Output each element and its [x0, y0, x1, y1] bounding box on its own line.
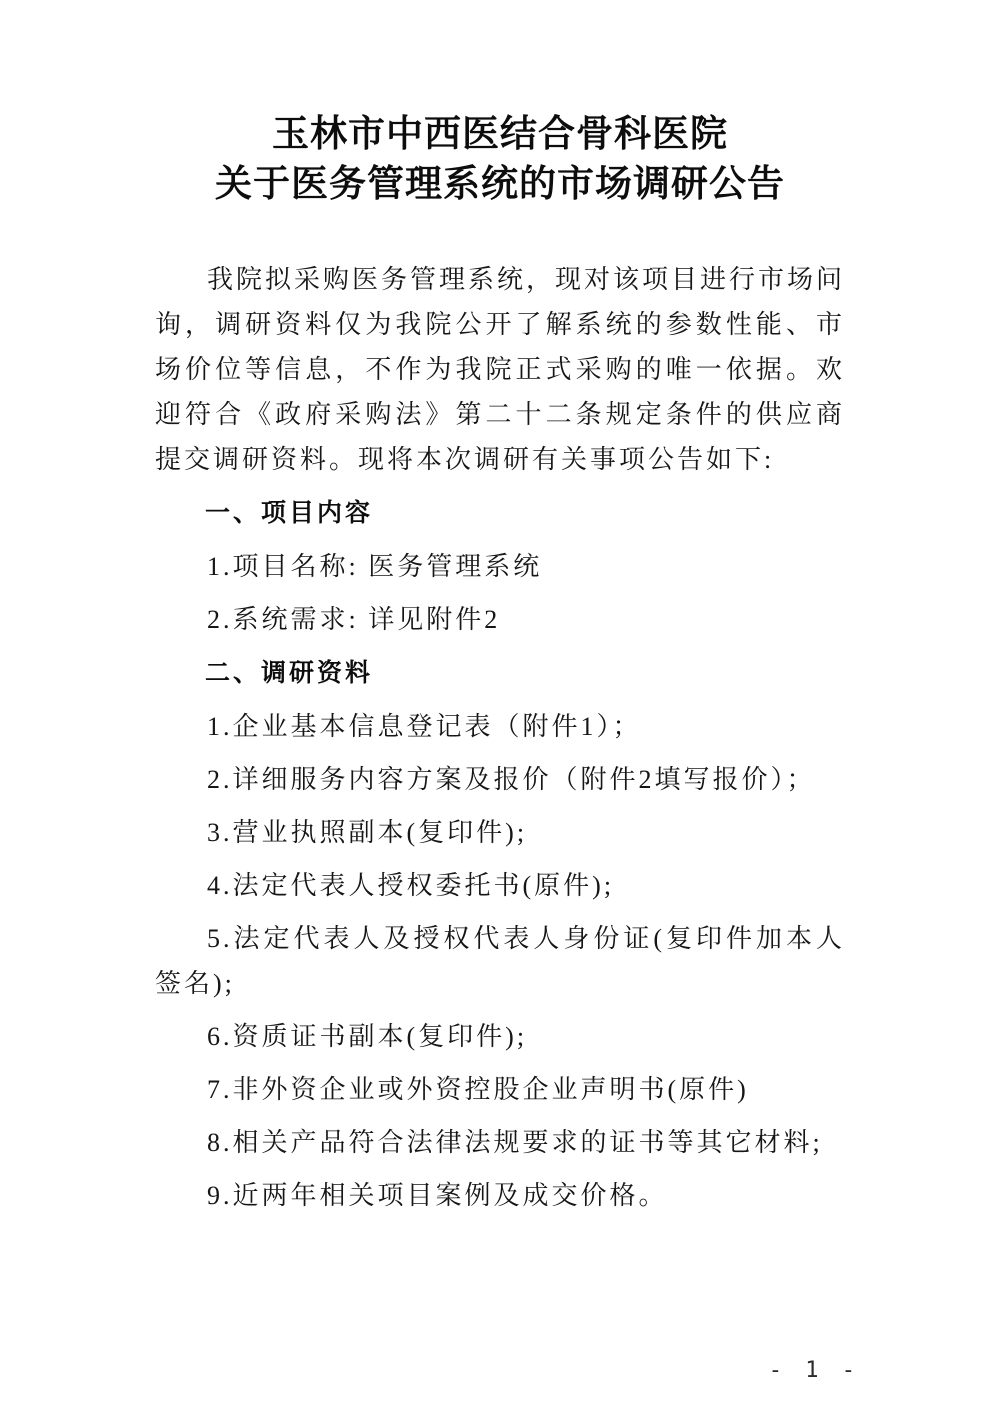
document-title-line-1: 玉林市中西医结合骨科医院 — [155, 110, 845, 160]
announcement-document: 玉林市中西医结合骨科医院 关于医务管理系统的市场调研公告 我院拟采购医务管理系统… — [155, 0, 845, 1218]
list-item-authorization-letter: 4.法定代表人授权委托书(原件); — [155, 863, 845, 908]
document-title-line-2: 关于医务管理系统的市场调研公告 — [155, 160, 845, 210]
list-item-compliance-certificates: 8.相关产品符合法律法规要求的证书等其它材料; — [155, 1120, 845, 1165]
list-item-system-requirements: 2.系统需求: 详见附件2 — [155, 597, 845, 642]
section-heading-research-materials: 二、调研资料 — [155, 651, 845, 696]
list-item-id-cards: 5.法定代表人及授权代表人身份证(复印件加本人签名); — [155, 916, 845, 1006]
list-item-non-foreign-declaration: 7.非外资企业或外资控股企业声明书(原件) — [155, 1067, 845, 1112]
document-title: 玉林市中西医结合骨科医院 关于医务管理系统的市场调研公告 — [155, 0, 845, 210]
section-heading-project-content: 一、项目内容 — [155, 491, 845, 536]
list-item-project-name: 1.项目名称: 医务管理系统 — [155, 544, 845, 589]
page-number: - 1 - — [769, 1358, 860, 1383]
intro-paragraph: 我院拟采购医务管理系统，现对该项目进行市场问询，调研资料仅为我院公开了解系统的参… — [155, 257, 845, 482]
list-item-company-info-form: 1.企业基本信息登记表（附件1）； — [155, 704, 845, 749]
list-item-business-license: 3.营业执照副本(复印件); — [155, 810, 845, 855]
list-item-past-project-cases: 9.近两年相关项目案例及成交价格。 — [155, 1173, 845, 1218]
list-item-qualification-certificate: 6.资质证书副本(复印件); — [155, 1014, 845, 1059]
list-item-service-plan-quote: 2.详细服务内容方案及报价（附件2填写报价）； — [155, 757, 845, 802]
